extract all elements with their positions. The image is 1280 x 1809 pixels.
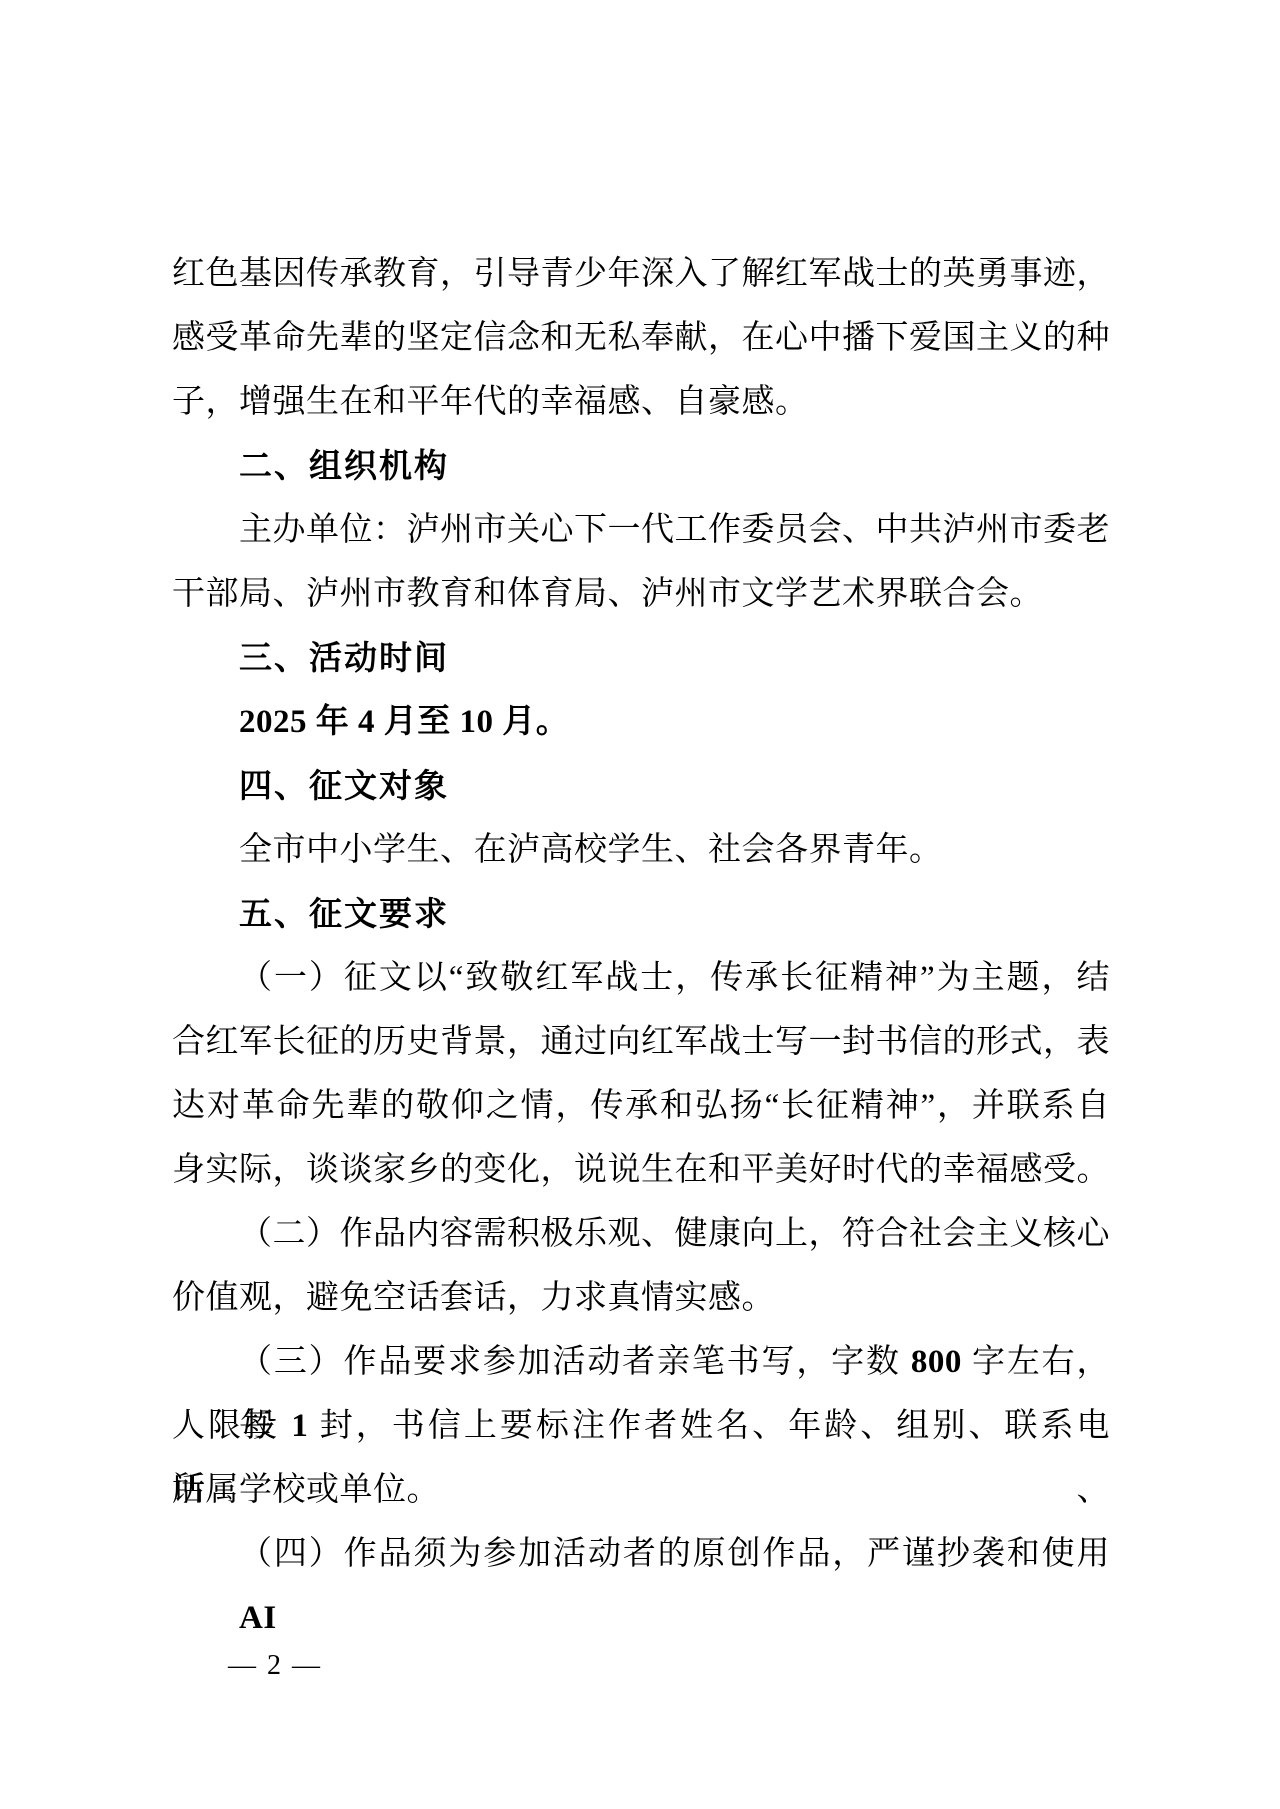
text-line: （四）作品须为参加活动者的原创作品，严谨抄袭和使用 AI [172,1522,1110,1586]
text-run: 身实际，谈谈家乡的变化，说说生在和平美好时代的幸福感受。 [172,1152,1110,1188]
section-heading: 三、活动时间 [172,626,1110,690]
text-run: 五、征文要求 [239,895,449,932]
text-run: 2025 [239,704,307,740]
section-heading: 二、组织机构 [172,434,1110,498]
text-run: 红色基因传承教育，引导青少年深入了解红军战士的英勇事迹， [172,256,1110,292]
text-run: 感受革命先辈的坚定信念和无私奉献，在心中播下爱国主义的种 [172,320,1110,356]
text-run: 达对革命先辈的敬仰之情，传承和弘扬“长征精神”，并联系自 [172,1088,1110,1124]
text-line: 干部局、泸州市教育和体育局、泸州市文学艺术界联合会。 [172,562,1110,626]
text-line: （二）作品内容需积极乐观、健康向上，符合社会主义核心 [172,1202,1110,1266]
text-line: 主办单位：泸州市关心下一代工作委员会、中共泸州市委老 [172,498,1110,562]
text-run: 四、征文对象 [239,767,449,804]
text-run: （四）作品须为参加活动者的原创作品，严谨抄袭和使用 [239,1536,1110,1572]
text-run: （二）作品内容需积极乐观、健康向上，符合社会主义核心 [239,1216,1110,1252]
text-run: 合红军长征的历史背景，通过向红军战士写一封书信的形式，表 [172,1024,1110,1060]
text-run: 1 [291,1408,308,1444]
text-run: 人限投 [172,1408,291,1444]
text-run: 800 [911,1344,962,1380]
text-line: 红色基因传承教育，引导青少年深入了解红军战士的英勇事迹， [172,242,1110,306]
text-line: 人限投 1 封，书信上要标注作者姓名、年龄、组别、联系电话、 [172,1394,1110,1458]
text-line: 价值观，避免空话套话，力求真情实感。 [172,1266,1110,1330]
text-line: 子，增强生在和平年代的幸福感、自豪感。 [172,370,1110,434]
section-heading: 四、征文对象 [172,754,1110,818]
text-line: （一）征文以“致敬红军战士，传承长征精神”为主题，结 [172,946,1110,1010]
document-page: 红色基因传承教育，引导青少年深入了解红军战士的英勇事迹，感受革命先辈的坚定信念和… [0,0,1280,1809]
section-heading: 五、征文要求 [172,882,1110,946]
text-run: （三）作品要求参加活动者亲笔书写，字数 [239,1344,911,1380]
text-run: 主办单位：泸州市关心下一代工作委员会、中共泸州市委老 [239,512,1110,548]
text-line: 2025 年 4 月至 10 月。 [172,690,1110,754]
text-run: 价值观，避免空话套话，力求真情实感。 [172,1280,775,1316]
text-run: 全市中小学生、在泸高校学生、社会各界青年。 [239,832,943,868]
text-line: 身实际，谈谈家乡的变化，说说生在和平美好时代的幸福感受。 [172,1138,1110,1202]
text-run: 4 [358,704,375,740]
text-run: （一）征文以“致敬红军战士，传承长征精神”为主题，结 [239,960,1110,996]
text-line: 全市中小学生、在泸高校学生、社会各界青年。 [172,818,1110,882]
text-run: 子，增强生在和平年代的幸福感、自豪感。 [172,384,809,420]
text-run: 三、活动时间 [239,639,449,676]
text-line: （三）作品要求参加活动者亲笔书写，字数 800 字左右，每 [172,1330,1110,1394]
text-run: 所属学校或单位。 [172,1472,440,1508]
text-run: 年 [307,704,358,740]
page-number: — 2 — [228,1648,322,1684]
text-run: 月。 [494,704,570,740]
text-line: 合红军长征的历史背景，通过向红军战士写一封书信的形式，表 [172,1010,1110,1074]
text-run: 10 [460,704,494,740]
text-line: 感受革命先辈的坚定信念和无私奉献，在心中播下爱国主义的种 [172,306,1110,370]
text-run: 月至 [375,704,460,740]
text-run: 二、组织机构 [239,447,449,484]
text-line: 达对革命先辈的敬仰之情，传承和弘扬“长征精神”，并联系自 [172,1074,1110,1138]
document-body: 红色基因传承教育，引导青少年深入了解红军战士的英勇事迹，感受革命先辈的坚定信念和… [172,242,1110,1586]
text-run: AI [239,1600,277,1636]
text-run: 干部局、泸州市教育和体育局、泸州市文学艺术界联合会。 [172,576,1043,612]
